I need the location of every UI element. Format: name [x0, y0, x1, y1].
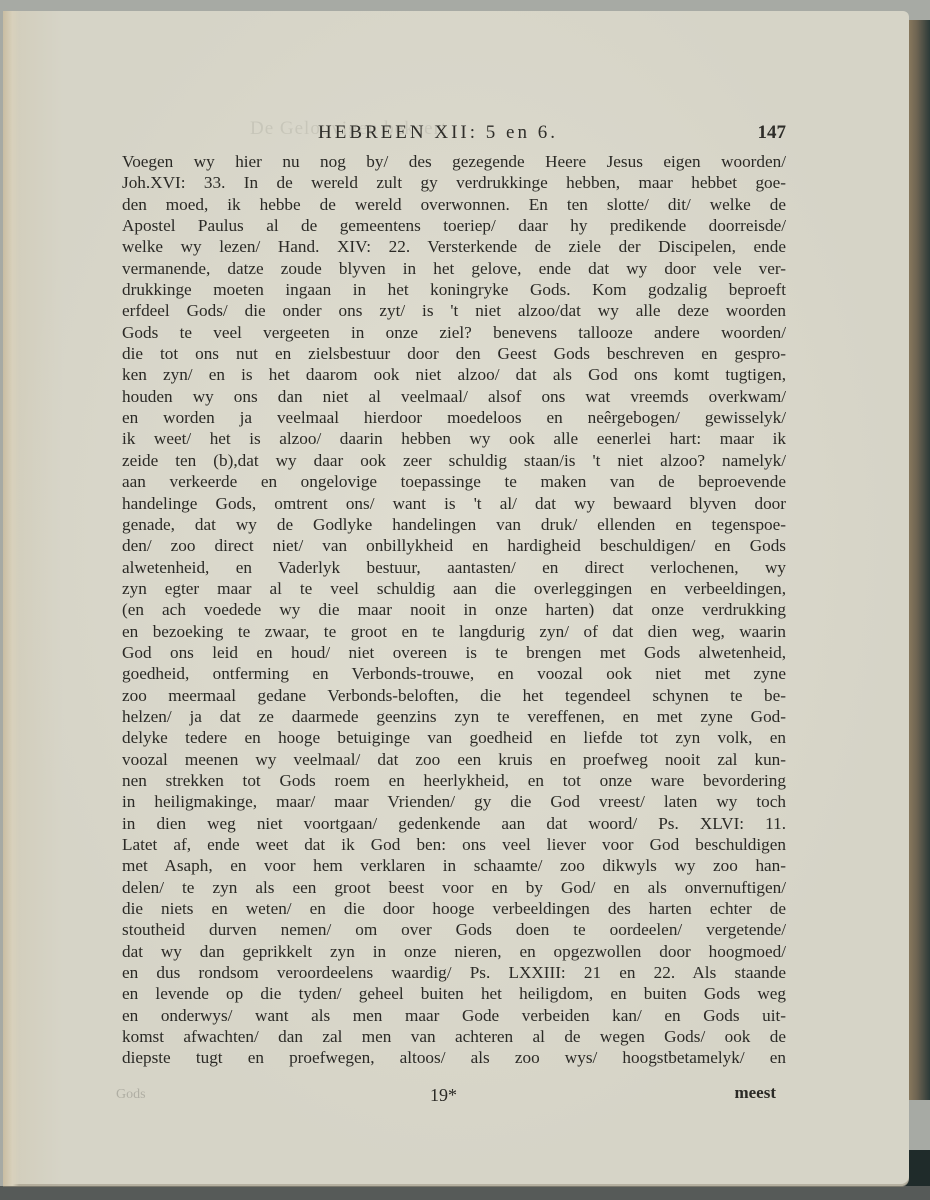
- text-line: zoo meermaal gedane Verbonds-beloften, d…: [122, 685, 786, 706]
- text-line: alwetenheid, en Vaderlyk bestuur, aantas…: [122, 557, 786, 578]
- text-line: met Asaph, en voor hem verklaren in scha…: [122, 855, 786, 876]
- text-line: Joh.XVI: 33. In de wereld zult gy verdru…: [122, 172, 786, 193]
- text-line: handelinge Gods, omtrent ons/ want is 't…: [122, 493, 786, 514]
- text-line: erfdeel Gods/ die onder ons zyt/ is 't n…: [122, 300, 786, 321]
- text-line: helzen/ ja dat ze daarmede geenzins zyn …: [122, 706, 786, 727]
- text-line: komst afwachten/ dan zal men van achtere…: [122, 1026, 786, 1047]
- text-line: stoutheid durven nemen/ om over Gods doe…: [122, 919, 786, 940]
- page-gutter-edge: [3, 11, 19, 1186]
- text-line: vermanende, datze zoude blyven in het ge…: [122, 258, 786, 279]
- text-line: die tot ons nut en zielsbestuur door den…: [122, 343, 786, 364]
- body-text: Voegen wy hier nu nog by/ des gezegende …: [122, 151, 786, 1069]
- text-line: ik weet/ het is alzoo/ daarin hebben wy …: [122, 428, 786, 449]
- text-line: en bezoeking te zwaar, te groot en te la…: [122, 621, 786, 642]
- text-line: delyke tedere en hooge betuiginge van go…: [122, 727, 786, 748]
- text-line: Apostel Paulus al de gemeentens toeriep/…: [122, 215, 786, 236]
- text-line: houden wy ons dan niet al veelmaal/ also…: [122, 386, 786, 407]
- text-line: diepste tugt en proefwegen, altoos/ als …: [122, 1047, 786, 1068]
- book-cover-edge: [908, 20, 930, 1100]
- text-line: genade, dat wy de Godlyke handelingen va…: [122, 514, 786, 535]
- text-line: Latet af, ende weet dat ik God ben: ons …: [122, 834, 786, 855]
- text-line: drukkinge moeten ingaan in het koningryk…: [122, 279, 786, 300]
- text-line: zeide ten (b),dat wy daar ook zeer schul…: [122, 450, 786, 471]
- scanned-book-scene: De Geloovigen bekeert HEBREEN XII: 5 en …: [0, 0, 930, 1200]
- text-line: die niets en weten/ en die door hooge ve…: [122, 898, 786, 919]
- text-line: en dus rondsom veroordeelens waardig/ Ps…: [122, 962, 786, 983]
- text-line: ken zyn/ en is het daarom ook niet alzoo…: [122, 364, 786, 385]
- text-line: in dien weg niet voortgaan/ gedenkende a…: [122, 813, 786, 834]
- text-line: aan verkeerde en ongelovige toepassinge …: [122, 471, 786, 492]
- text-line: (en ach voedede wy die maar nooit in onz…: [122, 599, 786, 620]
- text-line: en onderwys/ want als men maar Gode verb…: [122, 1005, 786, 1026]
- signature-mark: 19*: [430, 1085, 457, 1106]
- show-through-footer: Gods: [116, 1087, 146, 1103]
- page-header: De Geloovigen bekeert HEBREEN XII: 5 en …: [120, 122, 786, 146]
- text-line: God ons leid en houd/ niet overeen is te…: [122, 642, 786, 663]
- text-line: Gods te veel vergeeten in onze ziel? ben…: [122, 322, 786, 343]
- running-title: HEBREEN XII: 5 en 6.: [318, 122, 558, 144]
- text-line: zyn egter maar al te veel schuldig aan d…: [122, 578, 786, 599]
- catchword: meest: [734, 1083, 776, 1103]
- text-line: voozal meenen wy veelmaal/ dat zoo een k…: [122, 749, 786, 770]
- text-line: delen/ te zyn als een groot beest voor e…: [122, 877, 786, 898]
- text-line: en worden ja veelmaal hierdoor moedeloos…: [122, 407, 786, 428]
- text-line: goedheid, ontferming en Verbonds-trouwe,…: [122, 663, 786, 684]
- text-line: den/ zoo direct niet/ van onbillykheid e…: [122, 535, 786, 556]
- text-line: nen strekken tot Gods roem en heerlykhei…: [122, 770, 786, 791]
- text-line: en levende op die tyden/ geheel buiten h…: [122, 983, 786, 1004]
- text-line: welke wy lezen/ Hand. XIV: 22. Versterke…: [122, 236, 786, 257]
- text-line: dat wy dan geprikkelt zyn in onze nieren…: [122, 941, 786, 962]
- scan-bed-shadow: [0, 1186, 930, 1200]
- text-line: Voegen wy hier nu nog by/ des gezegende …: [122, 151, 786, 172]
- text-line: den moed, ik hebbe de wereld overwonnen.…: [122, 194, 786, 215]
- text-line: in heiligmakinge, maar/ maar Vrienden/ g…: [122, 791, 786, 812]
- page-footer: Gods 19* meest: [122, 1085, 786, 1111]
- page-number: 147: [758, 122, 787, 144]
